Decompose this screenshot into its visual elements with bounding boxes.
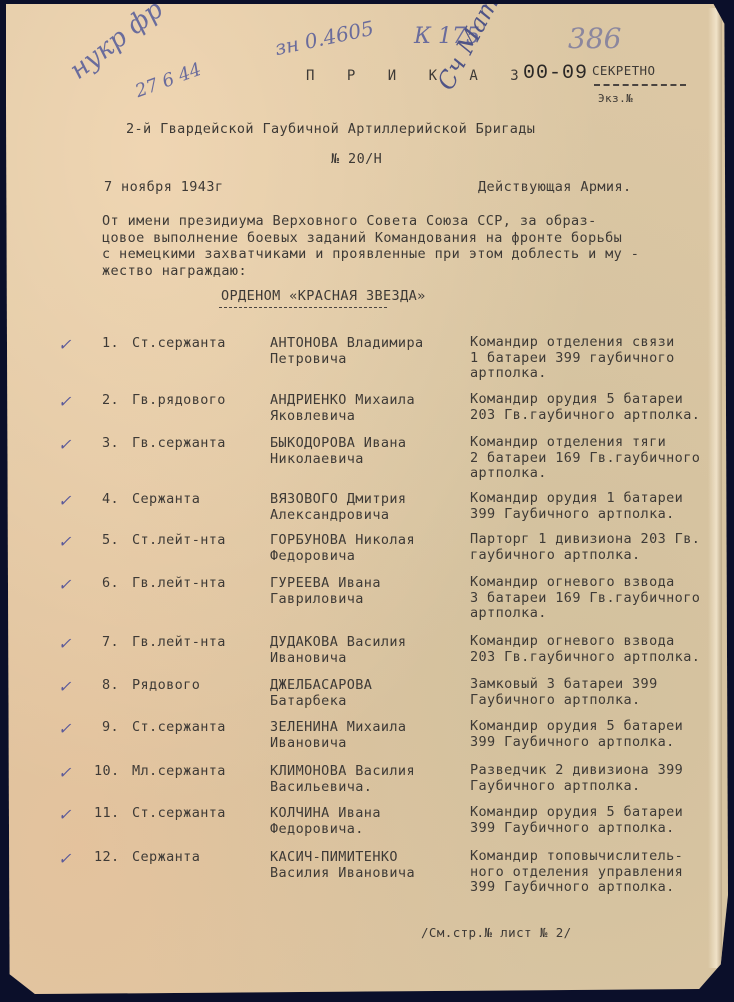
awardee-number: 4. — [102, 491, 119, 507]
awardee-rank: Ст.сержанта — [132, 335, 226, 351]
awardee-position: Командир орудия 5 батареи 399 Гаубичного… — [470, 719, 683, 750]
awardee-name: АНТОНОВА Владимира Петровича — [270, 335, 424, 367]
check-mark-icon: ✓ — [58, 532, 72, 551]
document-page: нукр фр 27 6 44 зн 0.4605 К 175 Сч Матюх… — [6, 4, 728, 994]
awardee-name: АНДРИЕНКО Михаила Яковлевича — [270, 392, 415, 424]
classification-label: СЕКРЕТНО — [592, 63, 655, 78]
handwritten-number-right: 386 — [568, 22, 621, 55]
awardee-number: 12. — [94, 849, 120, 865]
awardee-number: 6. — [102, 575, 119, 591]
awardee-name: ГОРБУНОВА Николая Федоровича — [270, 532, 415, 564]
awardee-name: ЗЕЛЕНИНА Михаила Ивановича — [270, 719, 406, 751]
preamble-text: От имени президиума Верховного Совета Со… — [102, 213, 639, 279]
check-mark-icon: ✓ — [58, 849, 72, 868]
check-mark-icon: ✓ — [58, 634, 72, 653]
awardee-number: 7. — [102, 634, 119, 650]
copy-number-label: Экз.№ — [598, 92, 633, 105]
award-heading-underline — [219, 307, 387, 308]
awardee-number: 11. — [94, 805, 120, 821]
continuation-note: /См.стр.№ лист № 2/ — [421, 925, 572, 940]
awardee-position: Замковый 3 батареи 399 Гаубичного артпол… — [470, 677, 658, 708]
check-mark-icon: ✓ — [58, 335, 72, 354]
organization-name: 2-й Гвардейской Гаубичной Артиллерийской… — [126, 121, 535, 137]
order-number: № 20/Н — [331, 151, 382, 167]
order-date: 7 ноября 1943г — [104, 179, 223, 195]
awardee-position: Парторг 1 дивизиона 203 Гв. гаубичного а… — [470, 532, 700, 563]
stamp-number: 00-09 — [523, 62, 588, 85]
awardee-rank: Сержанта — [132, 849, 200, 865]
awardee-name: ДУДАКОВА Василия Ивановича — [270, 634, 406, 666]
order-place: Действующая Армия. — [478, 179, 632, 195]
awardee-number: 8. — [102, 677, 119, 693]
awardee-rank: Гв.рядового — [132, 392, 226, 408]
check-mark-icon: ✓ — [58, 491, 72, 510]
awardee-rank: Ст.лейт-нта — [132, 532, 226, 548]
awardee-rank: Гв.сержанта — [132, 435, 226, 451]
awardee-position: Командир орудия 5 батареи 203 Гв.гаубичн… — [470, 392, 700, 423]
awardee-rank: Гв.лейт-нта — [132, 575, 226, 591]
awardee-position: Командир огневого взвода 3 батареи 169 Г… — [470, 575, 700, 622]
awardee-number: 2. — [102, 392, 119, 408]
check-mark-icon: ✓ — [58, 677, 72, 696]
awardee-name: БЫКОДОРОВА Ивана Николаевича — [270, 435, 406, 467]
awardee-number: 9. — [102, 719, 119, 735]
awardee-position: Командир топовычислитель- ного отделения… — [470, 849, 683, 896]
handwritten-note-top-left: нукр фр — [64, 0, 169, 86]
awardee-number: 1. — [102, 335, 119, 351]
awardee-position: Командир отделения тяги 2 батареи 169 Гв… — [470, 435, 700, 482]
handwritten-date: 27 6 44 — [132, 59, 204, 102]
check-mark-icon: ✓ — [58, 575, 72, 594]
check-mark-icon: ✓ — [58, 805, 72, 824]
awardee-number: 10. — [94, 763, 120, 779]
awardee-name: КЛИМОНОВА Василия Васильевича. — [270, 763, 415, 795]
awardee-name: ГУРЕЕВА Ивана Гавриловича — [270, 575, 381, 607]
check-mark-icon: ✓ — [58, 763, 72, 782]
check-mark-icon: ✓ — [58, 435, 72, 454]
awardee-name: ДЖЕЛБАСАРОВА Батарбека — [270, 677, 372, 709]
check-mark-icon: ✓ — [58, 719, 72, 738]
awardee-rank: Гв.лейт-нта — [132, 634, 226, 650]
document-title: П Р И К А З — [306, 68, 531, 84]
awardee-rank: Мл.сержанта — [132, 763, 226, 779]
awardee-number: 5. — [102, 532, 119, 548]
awardee-position: Командир орудия 1 батареи 399 Гаубичного… — [470, 491, 683, 522]
awardee-name: ВЯЗОВОГО Дмитрия Александровича — [270, 491, 406, 523]
awardee-position: Командир огневого взвода 203 Гв.гаубично… — [470, 634, 700, 665]
awardee-position: Командир отделения связи 1 батареи 399 г… — [470, 335, 675, 382]
award-heading: ОРДЕНОМ «КРАСНАЯ ЗВЕЗДА» — [221, 288, 426, 304]
awardee-name: КОЛЧИНА Ивана Федоровича. — [270, 805, 381, 837]
awardee-name: КАСИЧ-ПИМИТЕНКО Василия Ивановича — [270, 849, 415, 881]
awardee-rank: Ст.сержанта — [132, 805, 226, 821]
awardee-rank: Сержанта — [132, 491, 200, 507]
awardee-position: Разведчик 2 дивизиона 399 Гаубичного арт… — [470, 763, 683, 794]
check-mark-icon: ✓ — [58, 392, 72, 411]
awardee-position: Командир орудия 5 батареи 399 Гаубичного… — [470, 805, 683, 836]
awardee-number: 3. — [102, 435, 119, 451]
awardee-rank: Ст.сержанта — [132, 719, 226, 735]
awardee-rank: Рядового — [132, 677, 200, 693]
handwritten-archive-number: зн 0.4605 — [273, 16, 376, 60]
classification-underline — [594, 84, 686, 86]
